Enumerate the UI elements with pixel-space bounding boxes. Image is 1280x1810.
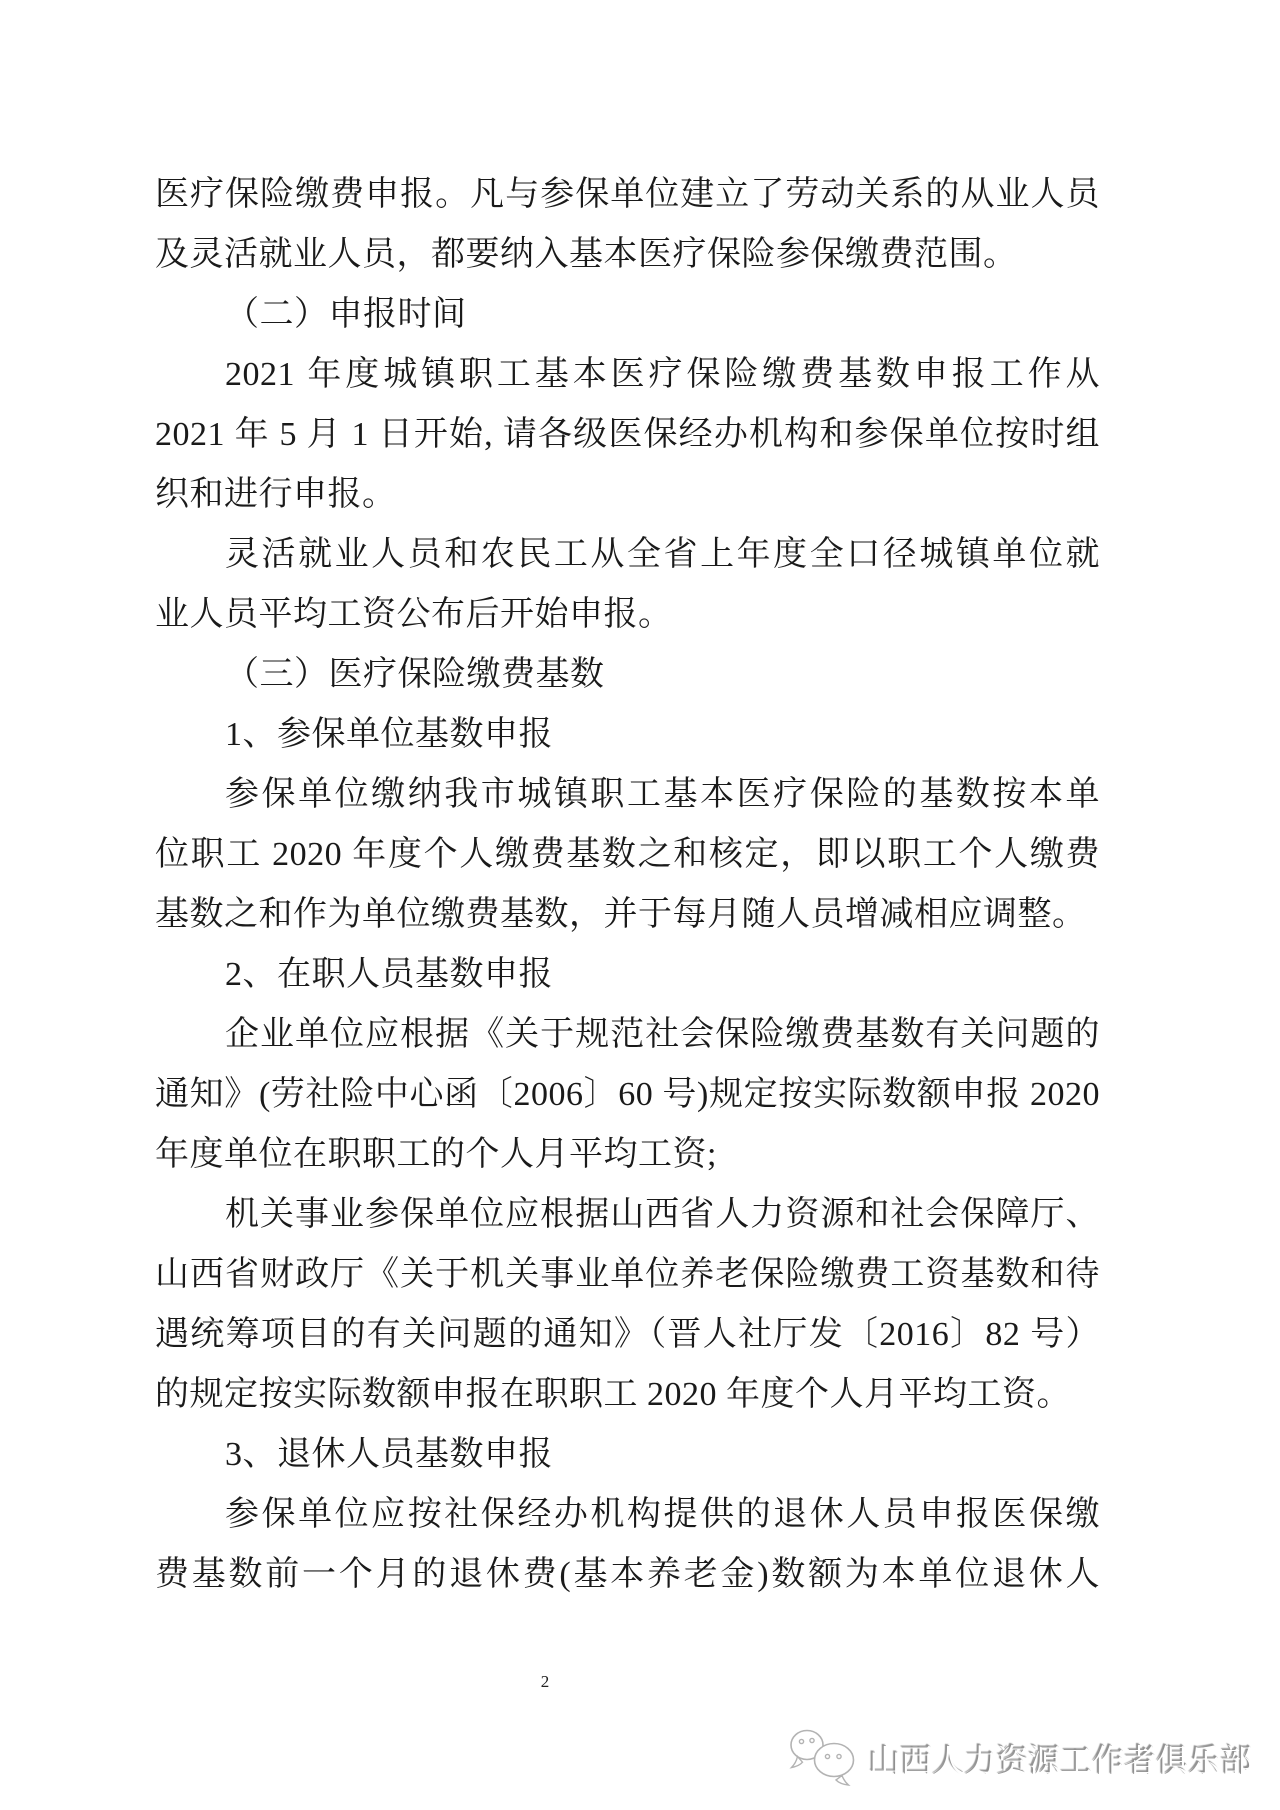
text-line: 医疗保险缴费申报。凡与参保单位建立了劳动关系的从业人员: [155, 165, 1100, 225]
wechat-icon: [787, 1726, 867, 1792]
text-line: 企业单位应根据《关于规范社会保险缴费基数有关问题的: [155, 1005, 1100, 1065]
text-line: 参保单位应按社保经办机构提供的退休人员申报医保缴: [155, 1485, 1100, 1545]
text-line: 基数之和作为单位缴费基数，并于每月随人员增减相应调整。: [155, 885, 1100, 945]
text-line: 遇统筹项目的有关问题的通知》（晋人社厅发〔2016〕82 号）: [155, 1305, 1100, 1365]
document-body: 医疗保险缴费申报。凡与参保单位建立了劳动关系的从业人员 及灵活就业人员，都要纳入…: [155, 165, 1100, 1605]
text-line: 灵活就业人员和农民工从全省上年度全口径城镇单位就: [155, 525, 1100, 585]
document-page: 医疗保险缴费申报。凡与参保单位建立了劳动关系的从业人员 及灵活就业人员，都要纳入…: [0, 0, 1280, 1810]
text-line: 织和进行申报。: [155, 465, 1100, 525]
subsection-heading: 1、参保单位基数申报: [155, 705, 1100, 765]
page-number: 2: [500, 1672, 590, 1692]
text-line: 机关事业参保单位应根据山西省人力资源和社会保障厅、: [155, 1185, 1100, 1245]
text-line: 的规定按实际数额申报在职职工 2020 年度个人月平均工资。: [155, 1365, 1100, 1425]
text-line: 2021 年 5 月 1 日开始, 请各级医保经办机构和参保单位按时组: [155, 405, 1100, 465]
text-line: 2021 年度城镇职工基本医疗保险缴费基数申报工作从: [155, 345, 1100, 405]
section-heading: （二）申报时间: [155, 285, 1100, 345]
text-line: 费基数前一个月的退休费(基本养老金)数额为本单位退休人: [155, 1545, 1100, 1605]
text-line: 参保单位缴纳我市城镇职工基本医疗保险的基数按本单: [155, 765, 1100, 825]
watermark: 山西人力资源工作者俱乐部: [787, 1724, 1253, 1794]
subsection-heading: 3、退休人员基数申报: [155, 1425, 1100, 1485]
section-heading: （三）医疗保险缴费基数: [155, 645, 1100, 705]
subsection-heading: 2、在职人员基数申报: [155, 945, 1100, 1005]
text-line: 年度单位在职职工的个人月平均工资;: [155, 1125, 1100, 1185]
text-line: 位职工 2020 年度个人缴费基数之和核定，即以职工个人缴费: [155, 825, 1100, 885]
watermark-club-name: 山西人力资源工作者俱乐部: [869, 1736, 1253, 1782]
text-line: 及灵活就业人员，都要纳入基本医疗保险参保缴费范围。: [155, 225, 1100, 285]
text-line: 通知》(劳社险中心函〔2006〕60 号)规定按实际数额申报 2020: [155, 1065, 1100, 1125]
text-line: 业人员平均工资公布后开始申报。: [155, 585, 1100, 645]
text-line: 山西省财政厅《关于机关事业单位养老保险缴费工资基数和待: [155, 1245, 1100, 1305]
